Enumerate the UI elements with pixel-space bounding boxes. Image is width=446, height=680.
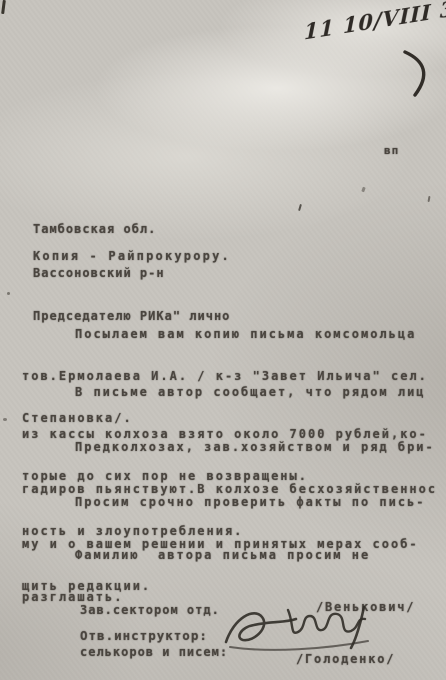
ink-speck [298, 204, 302, 211]
paragraph-line: Посылаем вам копию письма комсомольца [22, 327, 446, 341]
ink-speck [1, 0, 6, 14]
instructor-name: /Голоденко/ [296, 652, 395, 666]
address-line-region: Тамбовская обл. [33, 222, 230, 237]
ink-speck [427, 196, 430, 202]
handwritten-flourish-stroke [396, 48, 436, 103]
role-line: селькоров и писем: [80, 645, 228, 659]
scanned-letter-page: 11 10/VIII 34 вп Тамбовская обл. Вассоно… [0, 0, 446, 680]
address-line-district: Вассоновский р-н [33, 266, 230, 281]
paragraph-line: Фамилию автора письма просим не [22, 548, 446, 562]
paragraph-line: Просим срочно проверить факты по пись- [22, 495, 446, 509]
handwritten-date: 11 10/VIII 34 [304, 0, 446, 44]
role-line: Зав.сектором отд. [80, 603, 228, 617]
copy-to-line: Копия - Райпрокурору. [33, 249, 231, 263]
instructor-role: Отв.инструктор: [80, 629, 208, 643]
ink-speck [7, 292, 10, 295]
ink-speck [361, 187, 366, 193]
paragraph-line: Предколхозах, зав.хозяйством и ряд бри- [22, 440, 446, 454]
paragraph-line: В письме автор сообщает, что рядом лиц [22, 385, 446, 399]
typed-corner-mark: вп [384, 144, 399, 158]
ink-speck [3, 418, 7, 421]
